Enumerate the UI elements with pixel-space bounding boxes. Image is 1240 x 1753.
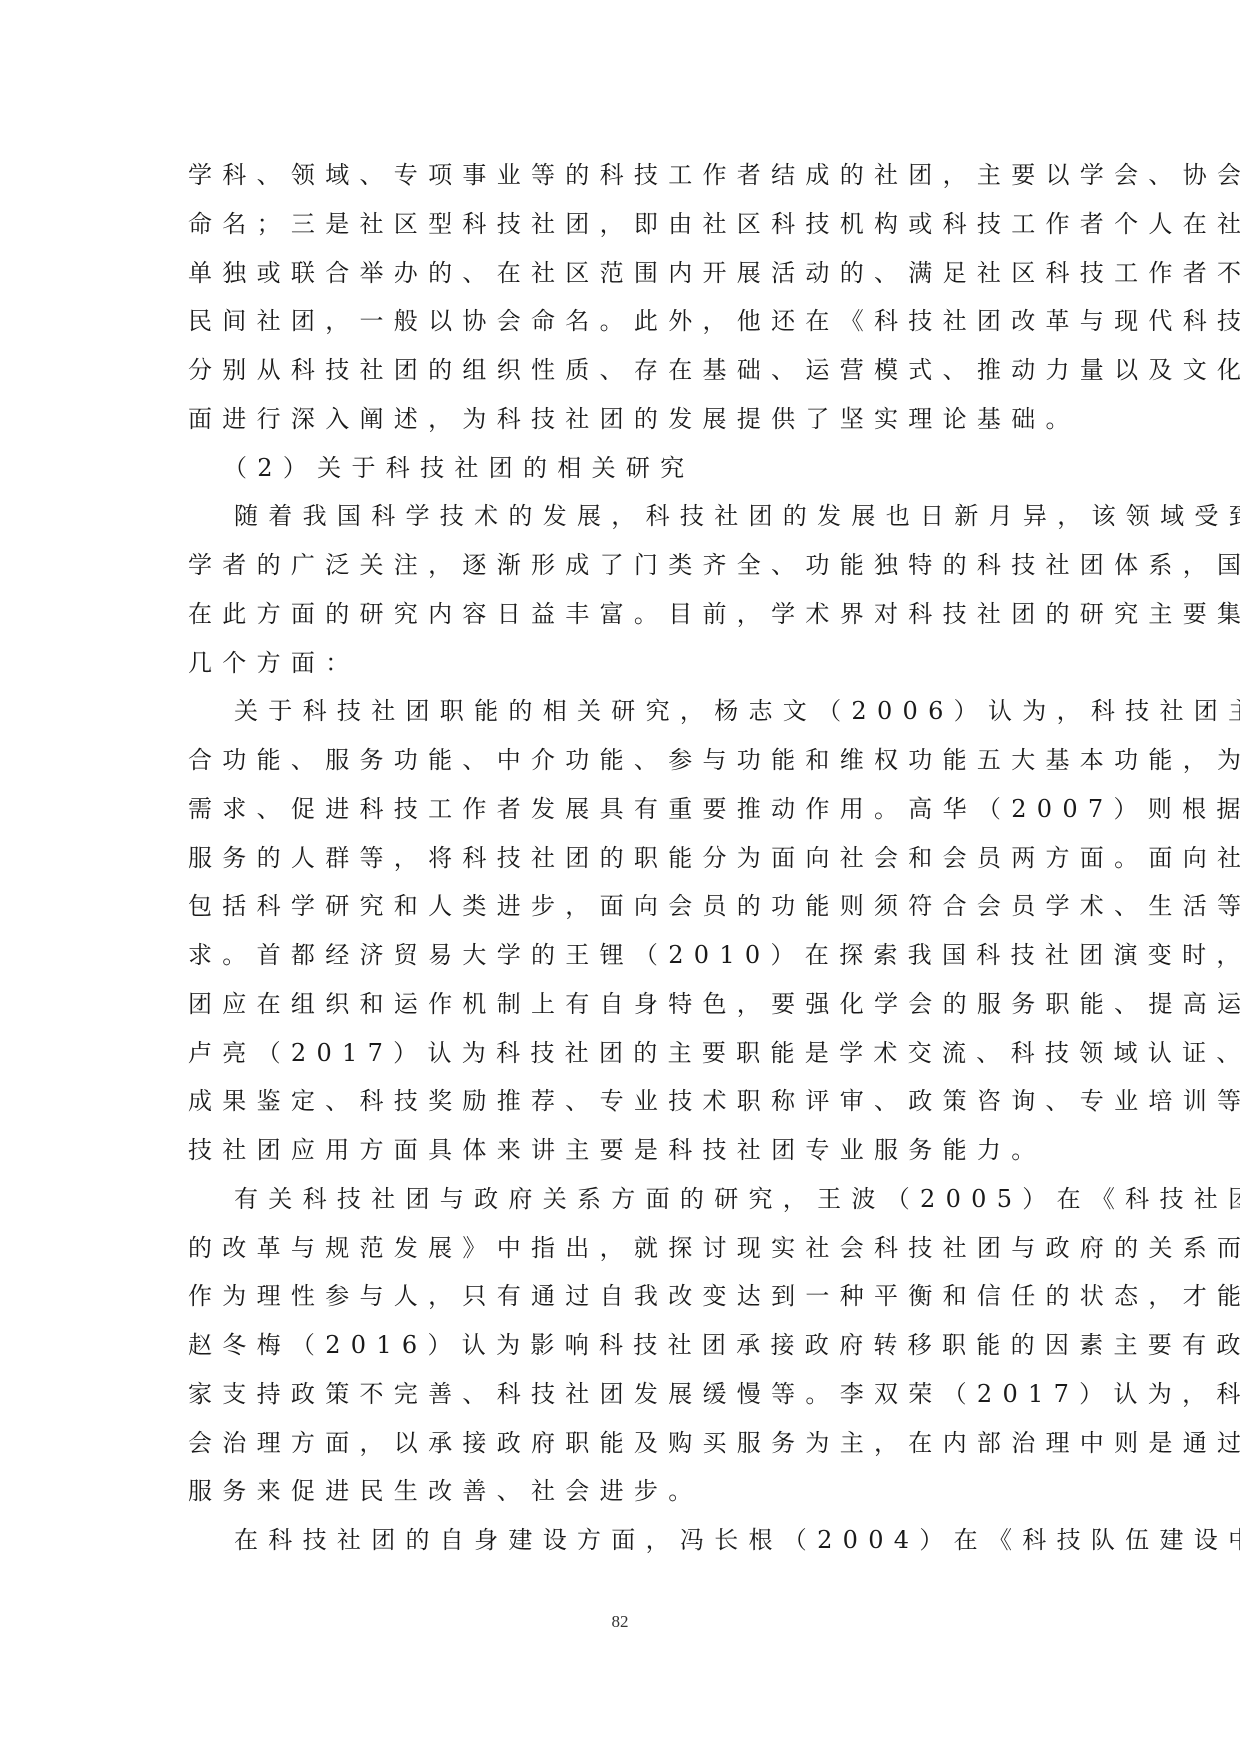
text-line: 服务的人群等，将科技社团的职能分为面向社会和会员两方面。面向社会的功能 bbox=[188, 834, 1054, 883]
text-line: 几个方面： bbox=[188, 639, 1054, 688]
body-text: 学科、领域、专项事业等的科技工作者结成的社团，主要以学会、协会、研究会 命名；三… bbox=[188, 151, 1054, 1565]
text-line: 命名；三是社区型科技社团，即由社区科技机构或科技工作者个人在社区范围内 bbox=[188, 200, 1054, 249]
text-line: 家支持政策不完善、科技社团发展缓慢等。李双荣（2017）认为，科技社团在社 bbox=[188, 1370, 1054, 1419]
text-line: 随着我国科学技术的发展，科技社团的发展也日新月异，该领域受到专家、 bbox=[188, 492, 1054, 541]
text-line: 求。首都经济贸易大学的王锂（2010）在探索我国科技社团演变时，指出科技社 bbox=[188, 931, 1054, 980]
text-line: 团应在组织和运作机制上有自身特色，要强化学会的服务职能、提高运行效率。 bbox=[188, 980, 1054, 1029]
section-heading: （2）关于科技社团的相关研究 bbox=[188, 444, 1054, 493]
text-line: 分别从科技社团的组织性质、存在基础、运营模式、推动力量以及文化理念等方 bbox=[188, 346, 1054, 395]
page-number: 82 bbox=[0, 1612, 1240, 1632]
text-line: 会治理方面，以承接政府职能及购买服务为主，在内部治理中则是通过提供科技 bbox=[188, 1419, 1054, 1468]
text-line: 作为理性参与人，只有通过自我改变达到一种平衡和信任的状态，才能实现目标。 bbox=[188, 1272, 1054, 1321]
text-line: 技社团应用方面具体来讲主要是科技社团专业服务能力。 bbox=[188, 1126, 1054, 1175]
text-line: 在此方面的研究内容日益丰富。目前，学术界对科技社团的研究主要集中在以下 bbox=[188, 590, 1054, 639]
text-line: 赵冬梅（2016）认为影响科技社团承接政府转移职能的因素主要有政社不分、国 bbox=[188, 1321, 1054, 1370]
text-line: 民间社团，一般以协会命名。此外，他还在《科技社团改革与现代科技发展》中 bbox=[188, 297, 1054, 346]
text-line: 在科技社团的自身建设方面，冯长根（2004）在《科技队伍建设中的“同行 bbox=[188, 1516, 1054, 1565]
text-line: 合功能、服务功能、中介功能、参与功能和维权功能五大基本功能，为满足社会 bbox=[188, 736, 1054, 785]
text-line: 单独或联合举办的、在社区范围内开展活动的、满足社区科技工作者不同需求的 bbox=[188, 249, 1054, 298]
text-line: 需求、促进科技工作者发展具有重要推动作用。高华（2007）则根据活动的性质、 bbox=[188, 785, 1054, 834]
text-line: 关于科技社团职能的相关研究，杨志文（2006）认为，科技社团主要包括聚 bbox=[188, 687, 1054, 736]
text-line: 卢亮（2017）认为科技社团的主要职能是学术交流、科技领域认证、科技评价及 bbox=[188, 1029, 1054, 1078]
text-line: 成果鉴定、科技奖励推荐、专业技术职称评审、政策咨询、专业培训等，而就科 bbox=[188, 1077, 1054, 1126]
text-line: 的改革与规范发展》中指出，就探讨现实社会科技社团与政府的关系而言，二者 bbox=[188, 1224, 1054, 1273]
text-line: 包括科学研究和人类进步，面向会员的功能则须符合会员学术、生活等方面的需 bbox=[188, 882, 1054, 931]
text-line: 服务来促进民生改善、社会进步。 bbox=[188, 1467, 1054, 1516]
text-line: 学者的广泛关注，逐渐形成了门类齐全、功能独特的科技社团体系，国内的学者 bbox=[188, 541, 1054, 590]
text-line: 有关科技社团与政府关系方面的研究，王波（2005）在《科技社团运行机制 bbox=[188, 1175, 1054, 1224]
document-page: 学科、领域、专项事业等的科技工作者结成的社团，主要以学会、协会、研究会 命名；三… bbox=[0, 0, 1240, 1753]
text-line: 面进行深入阐述，为科技社团的发展提供了坚实理论基础。 bbox=[188, 395, 1054, 444]
text-line: 学科、领域、专项事业等的科技工作者结成的社团，主要以学会、协会、研究会 bbox=[188, 151, 1054, 200]
